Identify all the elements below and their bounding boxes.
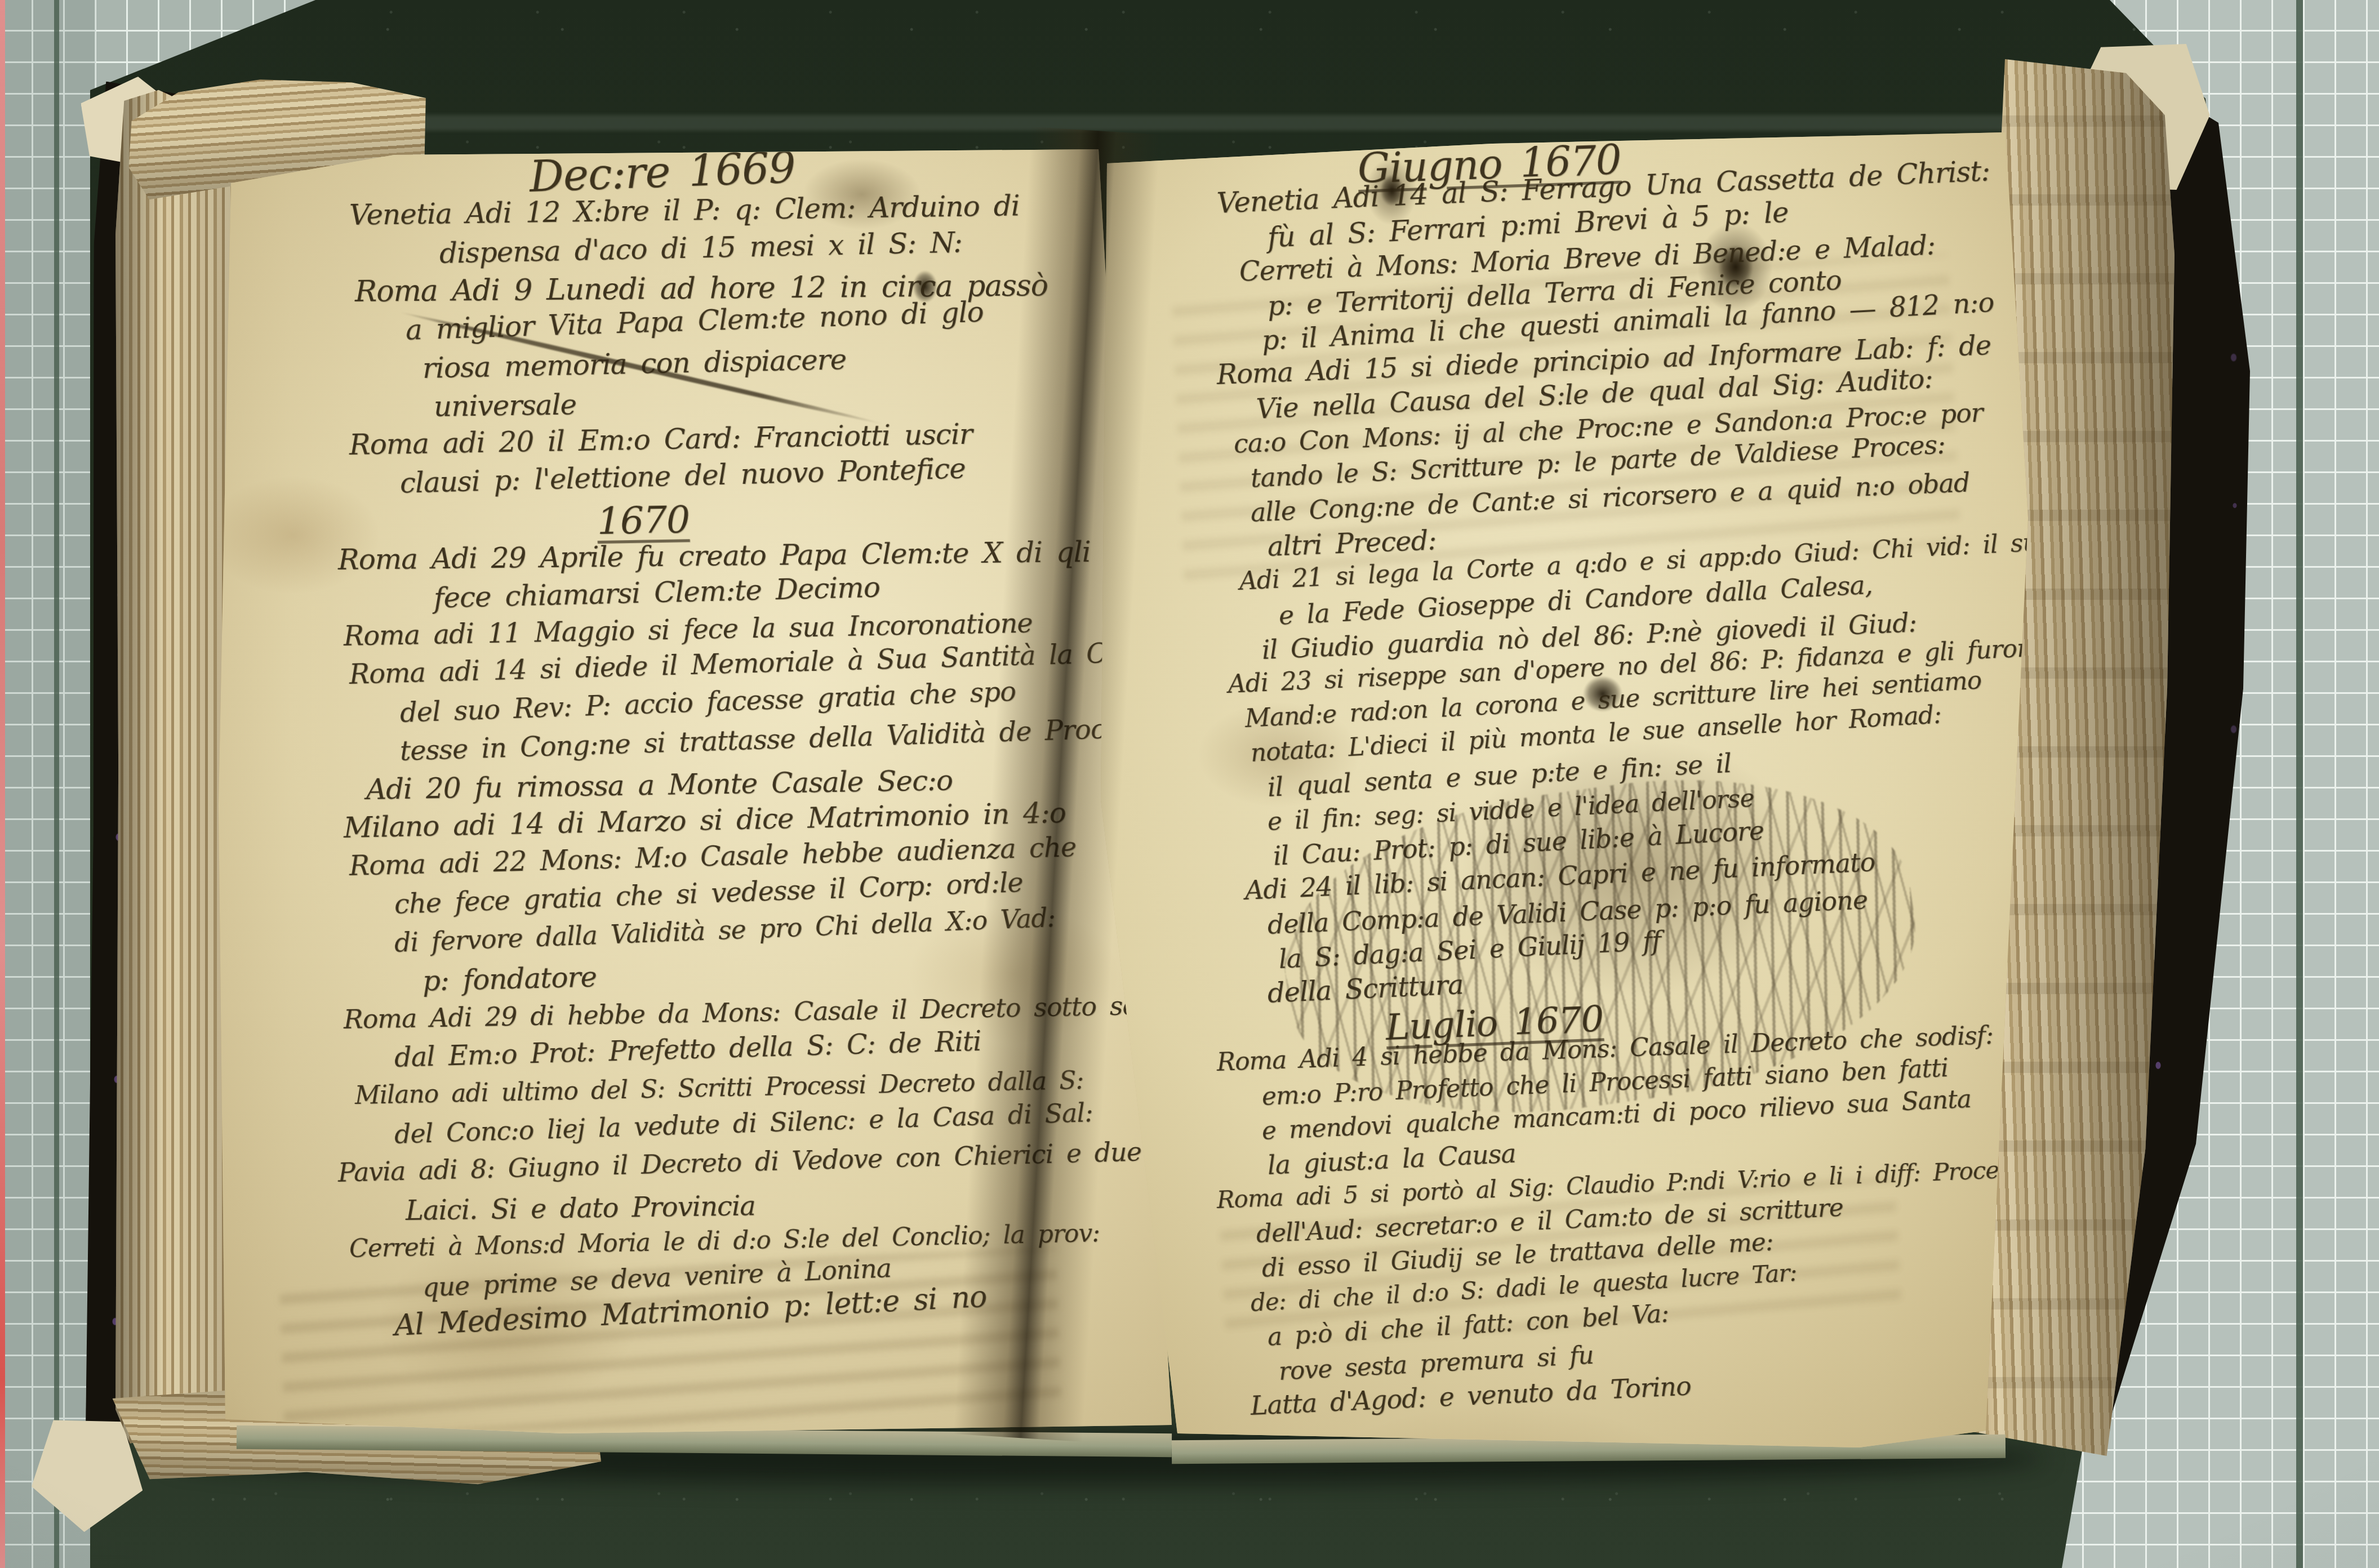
film-edge-pink-strip xyxy=(0,0,5,1568)
glass-edge-line-left xyxy=(54,0,59,1568)
grid-left-darker-area xyxy=(0,0,96,1568)
glass-edge-line-right xyxy=(2296,0,2303,1568)
right-page: Giugno 1670Venetia Adi 14 al S: Ferrago … xyxy=(1099,124,2067,1453)
right-page-text: Giugno 1670Venetia Adi 14 al S: Ferrago … xyxy=(1121,153,2058,1444)
archival-photo-scene: Dec:re 1669Venetia Adi 12 X:bre il P: q:… xyxy=(0,0,2379,1568)
glass-edge-reflection-top xyxy=(304,115,2118,131)
